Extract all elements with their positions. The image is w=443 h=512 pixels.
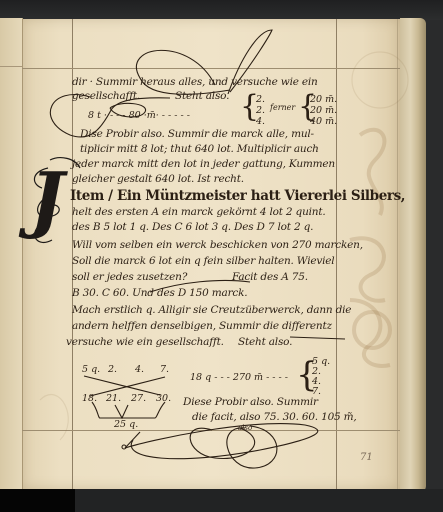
- text-line-19: Diese Probir also. Summir: [183, 396, 318, 408]
- brace-mid-word: ferner: [270, 103, 295, 112]
- gutter-rule: [22, 19, 23, 489]
- cross-bottom-4: 30.: [156, 393, 171, 404]
- text-line-11: Will vom selben ein werck beschicken von…: [72, 239, 363, 251]
- cross-top-3: 4.: [135, 364, 144, 375]
- text-line-13b: Facit des A 75.: [232, 271, 308, 283]
- top-margin-rule: [22, 68, 400, 69]
- decorated-initial: J: [30, 163, 64, 235]
- text-line-13: soll er jedes zusetzen?: [72, 271, 187, 283]
- text-line-10: des B 5 lot 1 q. Des C 6 lot 3 q. Des D …: [72, 221, 313, 233]
- brace-1-value-a: 2.: [256, 94, 265, 105]
- cross-bottom-3: 27.: [131, 393, 146, 404]
- book-spread: J dir · Summir heraus alles, und versuch…: [0, 0, 443, 512]
- bottom-margin-rule: [22, 430, 400, 431]
- cross-top-4: 7.: [160, 364, 169, 375]
- scan-background-bottom: [0, 489, 443, 512]
- brace-1-value-b: 2.: [256, 105, 265, 116]
- cross-sum: 25 q.: [114, 419, 138, 430]
- text-line-15: Mach erstlich q. Alligir sie Creutzüberw…: [72, 304, 351, 316]
- calc-line-18: 18 q - - - 270 m̃ - - - -: [190, 372, 288, 383]
- brace-2-value-b: 20 m̃.: [310, 105, 337, 116]
- page-inner-rule: [397, 19, 398, 489]
- text-line-16: andern helffen denselbigen, Summir die d…: [72, 320, 332, 332]
- brace-2-value-a: 20 m̃.: [310, 94, 337, 105]
- text-line-17: versuche wie ein gesellschafft.: [66, 336, 224, 348]
- text-line-5: tiplicir mitt 8 lot; thut 640 lot. Multi…: [80, 143, 319, 155]
- left-page-rule: [0, 66, 22, 67]
- brace-1-value-c: 4.: [256, 116, 265, 127]
- text-line-2b: Steht also.: [175, 90, 229, 102]
- cross-top-2: 2.: [108, 364, 117, 375]
- text-line-20: die facit, also 75. 30. 60. 105 m̃,: [192, 411, 357, 423]
- text-line-1: dir · Summir heraus alles, und versuche …: [72, 76, 318, 88]
- text-line-17b: Steht also.: [238, 336, 292, 348]
- signature-mark: also: [238, 424, 252, 432]
- scan-background-top: [0, 0, 443, 20]
- scan-black-corner: [0, 489, 75, 512]
- page-number: 71: [360, 452, 373, 463]
- cross-top-1: 5 q.: [82, 364, 100, 375]
- brace-2-value-c: 40 m̃.: [310, 116, 337, 127]
- cross-bottom-2: 21.: [106, 393, 121, 404]
- calc-line-3-left: 8 t · - - - 80 ·m̃· - - - - -: [88, 110, 190, 121]
- text-line-4: Dise Probir also. Summir die marck alle,…: [80, 128, 314, 140]
- left-page-edge: [0, 18, 23, 490]
- page-block-edges: [400, 18, 426, 492]
- text-line-9: helt des ersten A ein marck gekörnt 4 lo…: [72, 206, 326, 218]
- text-line-7: gleicher gestalt 640 lot. Ist recht.: [72, 173, 244, 185]
- text-line-14: B 30. C 60. Und des D 150 marck.: [72, 287, 247, 299]
- text-line-12: Soll die marck 6 lot ein q fein silber h…: [72, 255, 334, 267]
- cross-bottom-1: 18.: [82, 393, 97, 404]
- text-line-6: jeder marck mitt den lot in jeder gattun…: [72, 158, 335, 170]
- section-heading: Item / Ein Müntzmeister hatt Viererlei S…: [70, 188, 405, 204]
- text-line-2: gesellschafft.: [72, 90, 140, 102]
